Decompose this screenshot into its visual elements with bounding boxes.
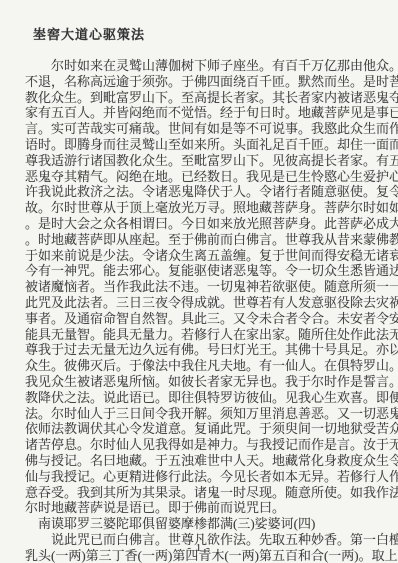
page-number: - 1 - — [0, 542, 398, 554]
text-line: 仙与我授记。心更精进修行此法。今见长者如本无异。若修行人作此法者。随 — [25, 469, 381, 485]
text-line: 依师法教调伏其心令发道意。复诵此咒。于须臾间一切地狱受苦众生各莲华。 — [25, 421, 381, 437]
text-line: 被诸魔恼者。当作我此法不违。一切鬼神若欲驱使。随意所须一一当办。若诵 — [25, 279, 381, 295]
sutra-body: 尔时如来在灵鹫山薄伽树下师子座坐。有百千万亿那由他众。皆是灌顶转不退，名称高远逾… — [25, 58, 381, 563]
text-line: 不退，名称高远逾于须弥。于佛四面绕百千匝。默然而坐。是时菩萨游行诸国 — [25, 74, 381, 90]
text-line: 佛与授记。名曰地藏。于五浊难世中人天。地藏常化身救度众生令出交难。彼 — [25, 453, 381, 469]
text-line: 言。实可苦哉实可痛哉。世间有如是等不可说事。我愍此众生而作救济。说此 — [25, 121, 381, 137]
text-line: 。是时大会之众各相谓曰。今日如来放光照菩萨身。此菩萨必成大法教化众生 — [25, 216, 381, 232]
text-line: 教降伏之法。说此语已。即往俱特罗访彼仙。见我心生欢喜。即便咨问彼仙方 — [25, 390, 381, 406]
text-line: 尔时如来在灵鹫山薄伽树下师子座坐。有百千万亿那由他众。皆是灌顶转 — [25, 58, 381, 74]
text-line: 意吞受。我到其所为其果录。诸鬼一时尽现。随意所使。如我作法等无有异。 — [25, 485, 381, 501]
text-line: 诸苦停息。尔时仙人见我得如是神力。与我授记而作是言。汝于无量无边世。 — [25, 437, 381, 453]
text-line: 于如来前说是少法。令诸众生离五盖缠。复于世间而得安稳无诸衰患。世尊我 — [25, 248, 381, 264]
sutra-title: 峚窖大道心驱策法 — [33, 24, 145, 43]
text-line: 能具无量智。能具无量力。若修行人在家出家。随所住处作此法无不成也。世 — [25, 327, 381, 343]
scanned-sutra-page: 峚窖大道心驱策法 尔时如来在灵鹫山薄伽树下师子座坐。有百千万亿那由他众。皆是灌顶… — [0, 0, 398, 563]
text-line: 众生。彼佛灭后。于像法中我住凡夫地。有一仙人。在俱特罗山。善解道术。 — [25, 358, 381, 374]
text-line: 此咒及此法者。三日三夜令得成就。世尊若有人发意驱役除去灾祸。欲知未来 — [25, 295, 381, 311]
text-line: 教化众生。到毗富罗山下。至高提长者家。其长者家内被诸恶鬼夺其精气。其 — [25, 90, 381, 106]
text-line: 许我说此救济之法。令诸恶鬼降伏于人。令诸行者随意驱使。复令长者还得如 — [25, 184, 381, 200]
text-line: 故。尔时世尊从于顶上毫放光万寻。照地藏菩萨身。菩萨尔时如如来意听许宜 — [25, 200, 381, 216]
text-line: 恶鬼夺其精气。闷绝在地。已经数日。我见是已生怜愍心生爱护心。唯愿世尊 — [25, 169, 381, 185]
text-line: 我见众生被诸恶鬼所恼。如彼长者家无异也。我于尔时作是誓言。愿遇知识当 — [25, 374, 381, 390]
text-line: 家有五百人。并皆闷绝而不觉悟。经于旬日时。地藏菩萨见是事已。即作是念 — [25, 105, 381, 121]
text-line: 南谟耶罗三婆陀耶俱留婆摩椮都满(三)娑婆诃(四) — [25, 516, 381, 532]
text-line: 语时。即腾身而往灵鹫山至如来所。头面礼足百千匝。却住一面而白佛言。世 — [25, 137, 381, 153]
text-line: 今有一神咒。能去邪心。复能驱使诸恶鬼等。令一切众生悉皆通达。若修行人 — [25, 263, 381, 279]
text-line: 事者。及通宿命智自然智。具此三。又令未合者令合。未安者令安。世尊此法 — [25, 311, 381, 327]
text-line: 。时地藏菩萨即从座起。至于佛前而白佛言。世尊我从昔来蒙佛教授。今日复 — [25, 232, 381, 248]
text-line: 尊我于过去无量无边久远有佛。号曰灯光王。其佛十号具足。亦以三乘法教化 — [25, 342, 381, 358]
text-line: 尊我适游行诸国教化众生。至毗富罗山下。见彼高提长者家。有五百余人。皆 — [25, 153, 381, 169]
text-line: 法。尔时仙人于三日间令我开解。须知万里消息善恶。又一切恶鬼并集我所。 — [25, 406, 381, 422]
text-line: 尔时地藏菩萨说是语已。即于佛前而说咒曰。 — [25, 500, 381, 516]
